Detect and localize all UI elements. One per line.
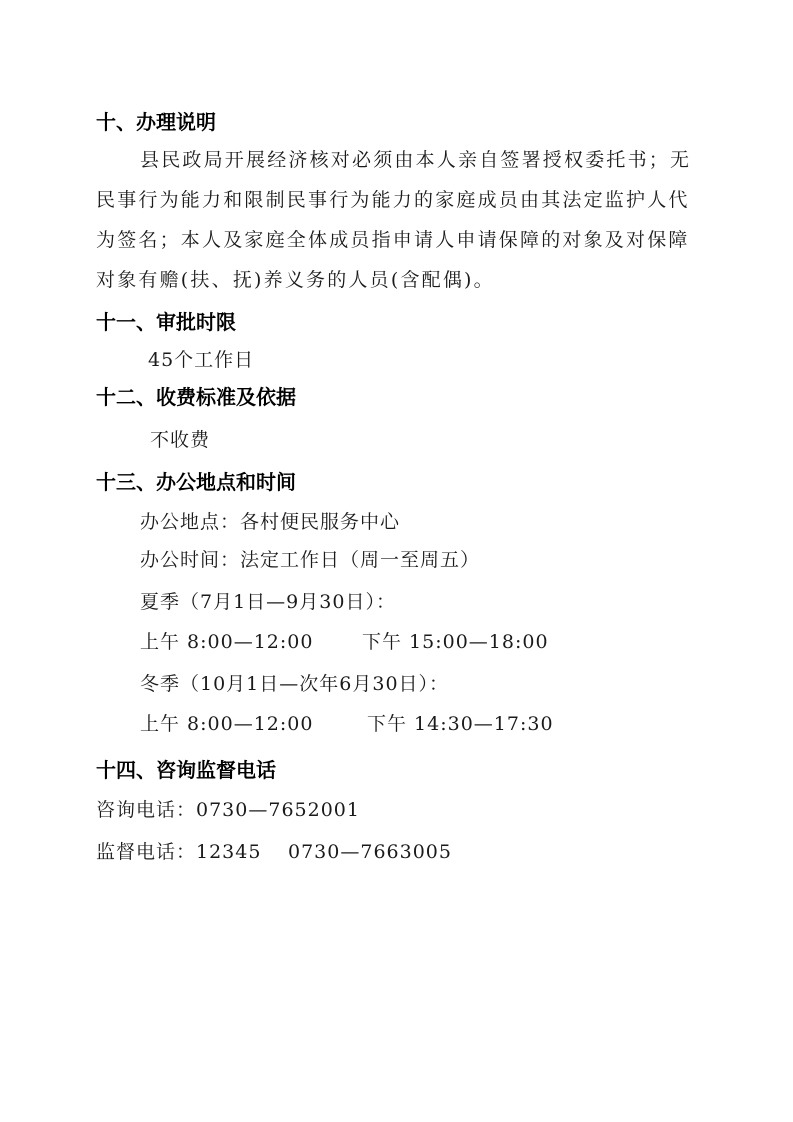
- summer-pm: 下午 15:00—18:00: [362, 633, 549, 652]
- paragraph-line: 为签名；本人及家庭全体成员指申请人申请保障的对象及对保障: [96, 231, 690, 250]
- approval-time-value: 45个工作日: [148, 351, 254, 370]
- supervise-phone: 0730—7663005: [288, 843, 452, 862]
- consult-phone: 咨询电话：0730—7652001: [96, 801, 360, 820]
- summer-am: 上午 8:00—12:00: [140, 633, 313, 652]
- paragraph-line: 民事行为能力和限制民事行为能力的家庭成员由其法定监护人代: [96, 191, 690, 210]
- section-heading-phones: 十四、咨询监督电话: [96, 760, 276, 780]
- supervise-phone-label: 监督电话：12345: [96, 843, 261, 862]
- section-heading-office: 十三、办公地点和时间: [96, 472, 296, 492]
- fees-value: 不收费: [150, 431, 210, 450]
- paragraph-line: 县民政局开展经济核对必须由本人亲自签署授权委托书；无: [140, 151, 691, 170]
- summer-label: 夏季（7月1日—9月30日）：: [140, 593, 396, 612]
- section-heading-approval-time: 十一、审批时限: [96, 312, 236, 332]
- section-heading-fees: 十二、收费标准及依据: [96, 387, 296, 407]
- paragraph-line: 对象有赡(扶、抚)养义务的人员(含配偶)。: [96, 271, 495, 290]
- winter-label: 冬季（10月1日—次年6月30日）：: [140, 675, 449, 694]
- office-location: 办公地点：各村便民服务中心: [140, 513, 400, 532]
- office-hours: 办公时间：法定工作日（周一至周五）: [140, 551, 480, 570]
- section-heading-handling-notes: 十、办理说明: [96, 112, 216, 132]
- winter-am: 上午 8:00—12:00: [140, 715, 313, 734]
- winter-pm: 下午 14:30—17:30: [367, 715, 554, 734]
